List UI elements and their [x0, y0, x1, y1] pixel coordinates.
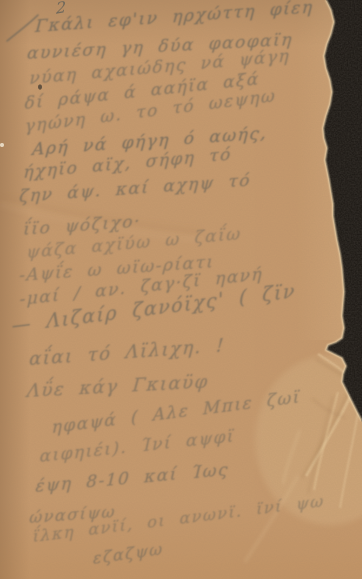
paper-scan-graphic [0, 0, 362, 579]
paper-texture [0, 0, 362, 579]
scanned-note-photo: 2 Γκάλι εφ'ιν ηρχώττη φίεηαυνιέση γη δύα… [0, 0, 362, 579]
white-speck [0, 143, 4, 147]
dark-speck [38, 84, 42, 89]
